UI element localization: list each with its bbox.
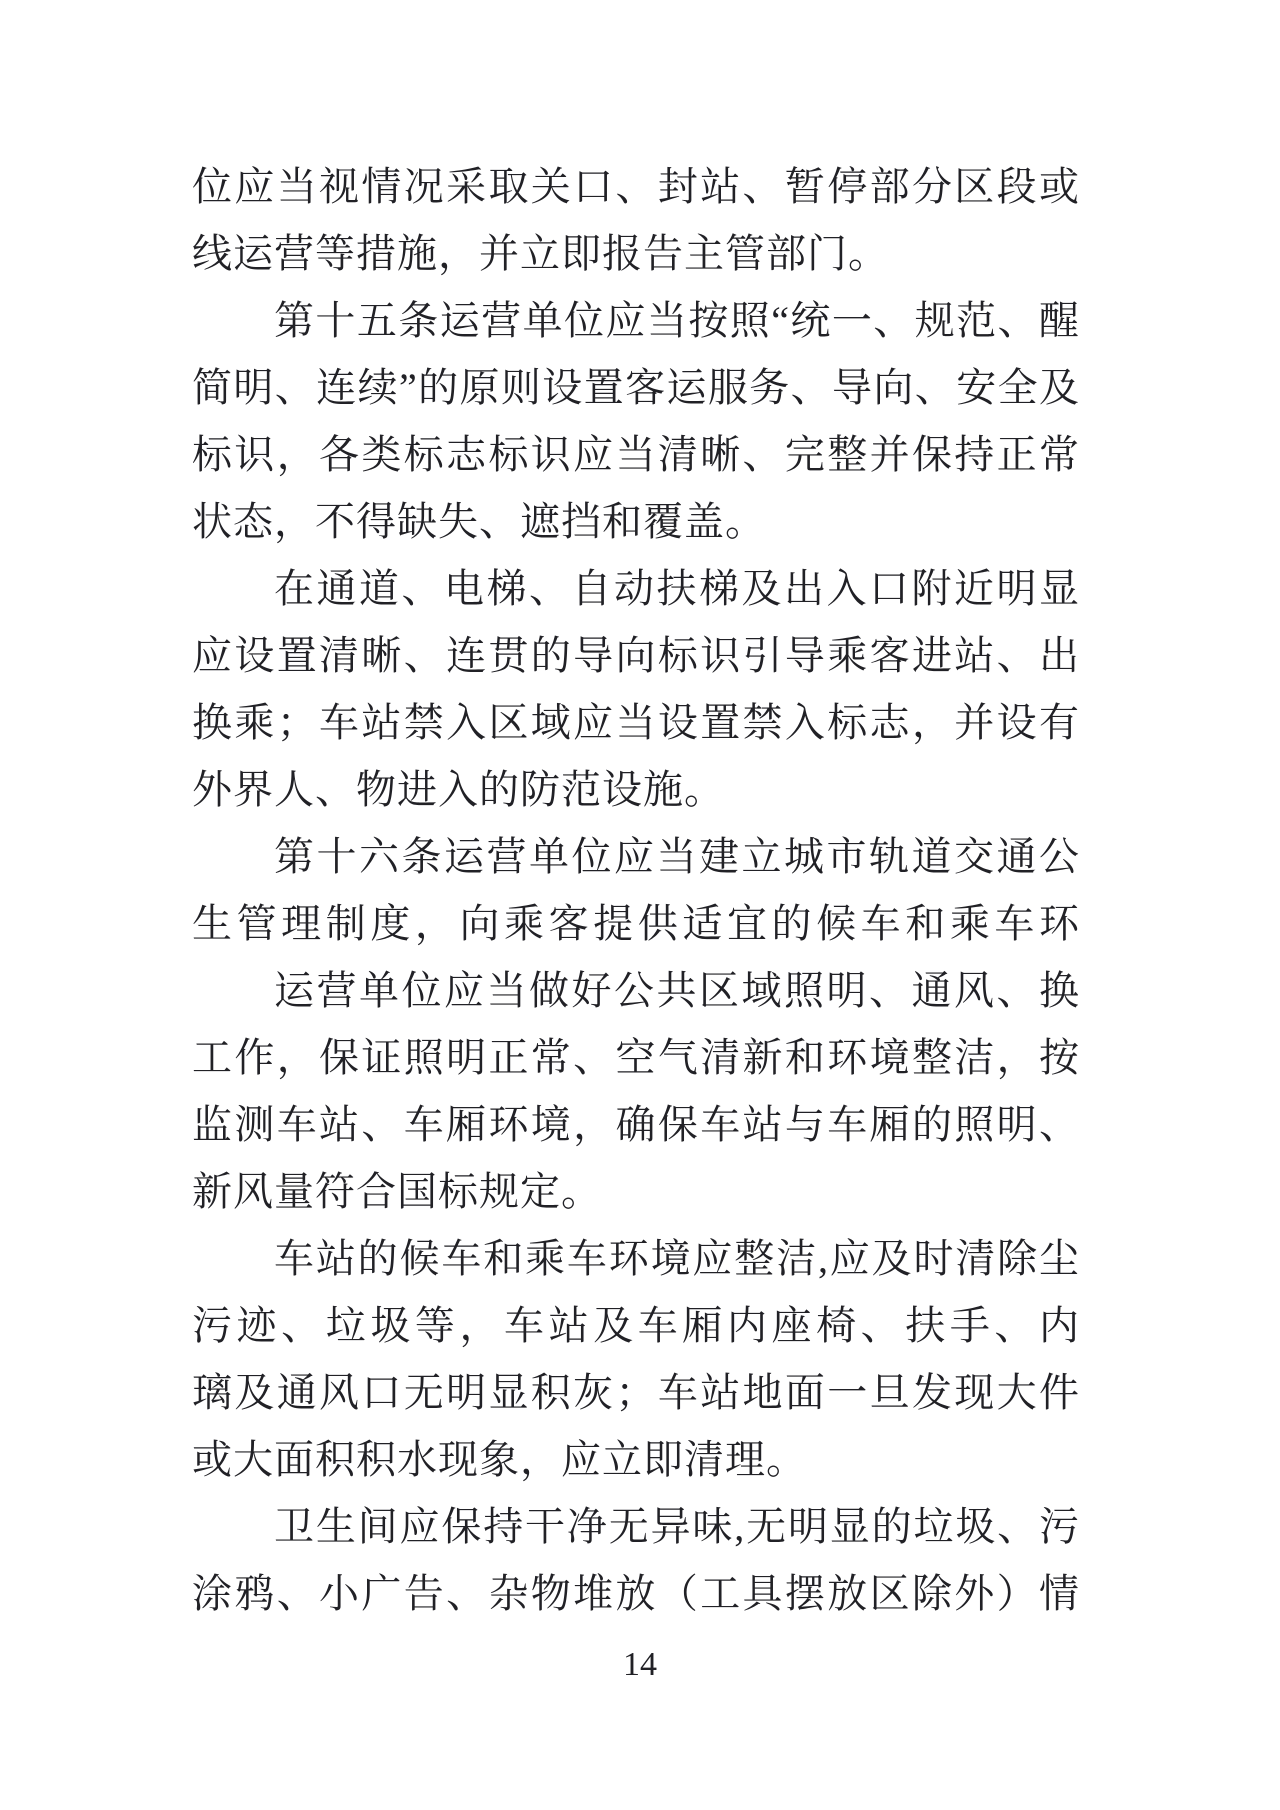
document-line: 卫生间应保持干净无异味,无明显的垃圾、污物、 <box>192 1493 1080 1560</box>
document-line: 工作，保证照明正常、空气清新和环境整洁，按要求 <box>192 1024 1080 1091</box>
document-line: 车站的候车和乘车环境应整洁,应及时清除尘土、 <box>192 1225 1080 1292</box>
document-line: 监测车站、车厢环境，确保车站与车厢的照明、温度、 <box>192 1091 1080 1158</box>
document-line: 应设置清晰、连贯的导向标识引导乘客进站、出站及 <box>192 622 1080 689</box>
document-line: 状态，不得缺失、遮挡和覆盖。 <box>192 488 1080 555</box>
page-number: 14 <box>0 1640 1280 1690</box>
document-line: 涂鸦、小广告、杂物堆放（工具摆放区除外）情况。 <box>192 1560 1080 1627</box>
document-line: 线运营等措施，并立即报告主管部门。 <box>192 220 1080 287</box>
document-line: 外界人、物进入的防范设施。 <box>192 756 1080 823</box>
document-text-block: 位应当视情况采取关口、封站、暂停部分区段或者全线运营等措施，并立即报告主管部门。… <box>192 153 1080 1627</box>
document-line: 位应当视情况采取关口、封站、暂停部分区段或者全 <box>192 153 1080 220</box>
document-line: 第十六条运营单位应当建立城市轨道交通公共卫 <box>192 823 1080 890</box>
document-line: 换乘；车站禁入区域应当设置禁入标志，并设有阻挡 <box>192 689 1080 756</box>
document-page: 位应当视情况采取关口、封站、暂停部分区段或者全线运营等措施，并立即报告主管部门。… <box>0 0 1280 1810</box>
document-line: 或大面积积水现象，应立即清理。 <box>192 1426 1080 1493</box>
document-line: 第十五条运营单位应当按照“统一、规范、醒目、 <box>192 287 1080 354</box>
document-line: 璃及通风口无明显积灰；车站地面一旦发现大件垃圾 <box>192 1359 1080 1426</box>
document-line: 新风量符合国标规定。 <box>192 1158 1080 1225</box>
document-line: 生管理制度，向乘客提供适宜的候车和乘车环境。 <box>192 890 1080 957</box>
document-line: 污迹、垃圾等，车站及车厢内座椅、扶手、内墙、玻 <box>192 1292 1080 1359</box>
document-line: 运营单位应当做好公共区域照明、通风、换气等 <box>192 957 1080 1024</box>
document-line: 标识，各类标志标识应当清晰、完整并保持正常工作 <box>192 421 1080 488</box>
document-line: 在通道、电梯、自动扶梯及出入口附近明显位置 <box>192 555 1080 622</box>
document-line: 简明、连续”的原则设置客运服务、导向、安全及警示 <box>192 354 1080 421</box>
